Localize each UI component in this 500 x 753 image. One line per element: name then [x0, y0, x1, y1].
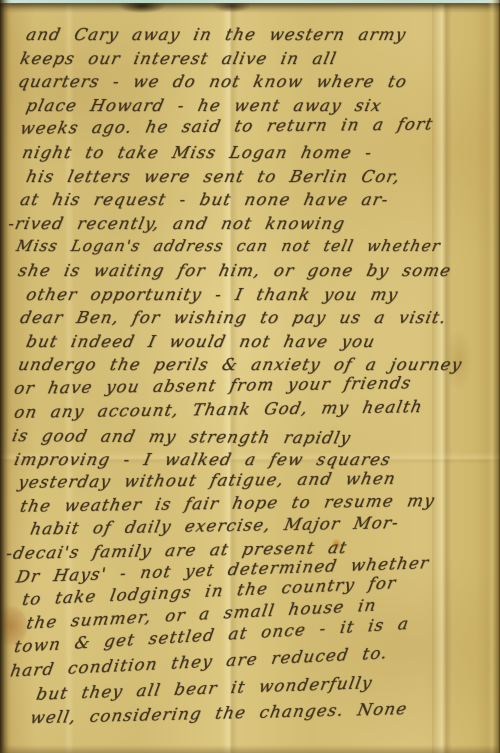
letter-line: -rived recently, and not knowing [0, 214, 500, 238]
handwritten-text: and Cary away in the western army keeps … [0, 25, 500, 733]
letter-line: other opportunity - I thank you my [0, 285, 500, 309]
letter-line: at his request - but none have ar- [0, 190, 500, 214]
letter-line: Miss Logan's address can not tell whethe… [0, 237, 500, 261]
paper-edge-bottom-shadow [0, 745, 500, 753]
letter-line: keeps our interest alive in all [0, 49, 500, 73]
paper-edge-right-shadow [488, 0, 500, 753]
letter-line: night to take Miss Logan home - [0, 143, 500, 167]
letter-scan: and Cary away in the western army keeps … [0, 0, 500, 753]
paper-edge-top-shadow [0, 3, 500, 13]
letter-line: but indeed I would not have you [0, 332, 500, 356]
letter-line: his letters were sent to Berlin Cor, [0, 167, 500, 191]
letter-line: quarters - we do not know where to [0, 72, 500, 96]
letter-line: dear Ben, for wishing to pay us a visit. [0, 308, 500, 332]
letter-line: she is waiting for him, or gone by some [0, 261, 500, 285]
paper-edge-left-shadow [0, 0, 12, 753]
letter-line: weeks ago. he said to return in a fort [0, 114, 500, 143]
letter-line: and Cary away in the western army [0, 25, 500, 49]
